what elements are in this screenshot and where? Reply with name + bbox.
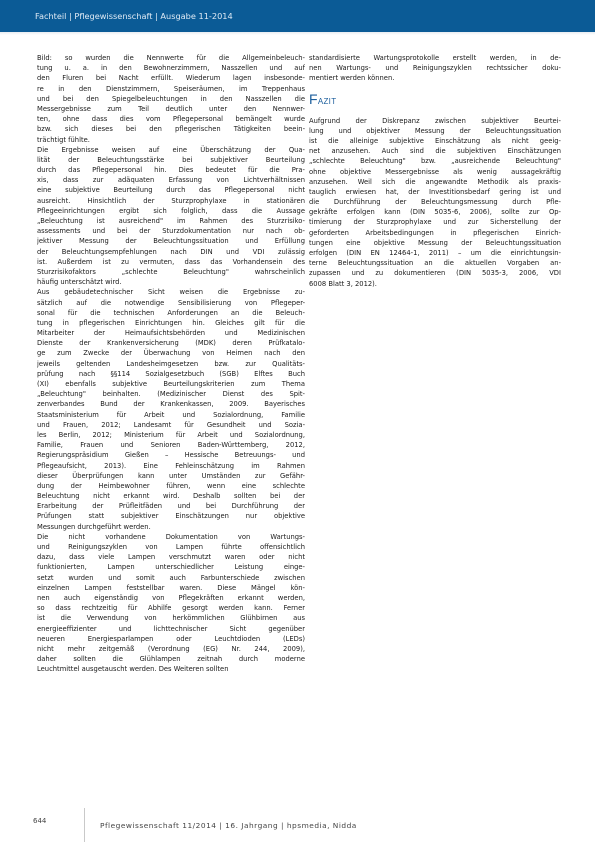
text-line: mentiert werden können. <box>309 73 561 83</box>
text-line: erfolgen (DIN EN 12464-1, 2011) – um die… <box>309 248 561 258</box>
section-heading-initial: F <box>309 91 318 107</box>
text-line: und Reinigungszyklen von Lampen führte o… <box>37 542 305 552</box>
text-line: (XI) ebenfalls subjektive Beurteilungskr… <box>37 379 305 389</box>
text-line: Erarbeitung der Prüfleitfäden und bei Du… <box>37 501 305 511</box>
text-line: timierung der Sturzprophylaxe und zur Si… <box>309 217 561 227</box>
text-line: Aufgrund der Diskrepanz zwischen subjekt… <box>309 116 561 126</box>
page-number: 644 <box>33 817 46 825</box>
text-line: re in den Dienstzimmern, Speiseräumen, i… <box>37 84 305 94</box>
text-line: dieser Überprüfungen kann unter Umstände… <box>37 471 305 481</box>
text-line: durch das Pflegepersonal hin. Dies bedeu… <box>37 165 305 175</box>
text-line: ist die alleinige subjektive Einschätzun… <box>309 136 561 146</box>
text-line: prüfung nach §§114 Sozialgesetzbuch (SGB… <box>37 369 305 379</box>
text-line: zenverbandes Bund der Krankenkassen, 200… <box>37 399 305 409</box>
text-line: dung der Heimbewohner führen, wenn eine … <box>37 481 305 491</box>
text-line: ist. Außerdem ist zu vermuten, dass das … <box>37 257 305 267</box>
text-line: neueren Energiesparlampen oder Leuchtdio… <box>37 634 305 644</box>
text-line: Die nicht vorhandene Dokumentation von W… <box>37 532 305 542</box>
text-line: xis, dass zur adäquaten Erfassung von Li… <box>37 175 305 185</box>
text-line: sätzlich auf die notwendige Sensibilisie… <box>37 298 305 308</box>
text-line: funktionierten, Lampen unterschiedlicher… <box>37 562 305 572</box>
header-divider <box>0 32 595 35</box>
text-line: jektiver Messung der Beleuchtungssituati… <box>37 236 305 246</box>
text-line: eine subjektive Beurteilung durch das Pf… <box>37 185 305 195</box>
text-line: zupassen und zu dokumentieren (DIN 5035-… <box>309 268 561 278</box>
text-line: net anzusehen. Auch sind die subjektiven… <box>309 146 561 156</box>
footer-divider <box>84 808 85 842</box>
text-line: standardisierte Wartungsprotokolle erste… <box>309 53 561 63</box>
text-line: Die Ergebnisse weisen auf eine Überschät… <box>37 145 305 155</box>
page-header-bar: Fachteil | Pflegewissenschaft | Ausgabe … <box>0 0 595 33</box>
text-line: lität der Beleuchtungsstärke bei subjekt… <box>37 155 305 165</box>
text-line: geforderten Arbeitsbedingungen in pflege… <box>309 228 561 238</box>
text-line: dazu, dass viele Lampen verschmutzt ware… <box>37 552 305 562</box>
text-line: ten, ohne dass dies vom Pflegepersonal b… <box>37 114 305 124</box>
text-line: Messergebnisse zum Teil deutlich unter d… <box>37 104 305 114</box>
text-line: gekräfte erfolgen kann (DIN 5035-6, 2006… <box>309 207 561 217</box>
text-line: setzt wurden und somit auch Farbuntersch… <box>37 573 305 583</box>
right-column-intro-paragraph: standardisierte Wartungsprotokolle erste… <box>309 53 561 84</box>
fazit-paragraph: Aufgrund der Diskrepanz zwischen subjekt… <box>309 116 561 289</box>
text-line: trächtigt fühlte. <box>37 135 305 145</box>
text-line: und Frauen, 2012; Landesamt für Gesundhe… <box>37 420 305 430</box>
text-line: häufig unterschätzt wird. <box>37 277 305 287</box>
text-line: Bild: so wurden die Nennwerte für die Al… <box>37 53 305 63</box>
section-heading-fazit: Fazit <box>309 94 561 112</box>
header-title: Fachteil | Pflegewissenschaft | Ausgabe … <box>35 11 233 21</box>
footer-citation: Pflegewissenschaft 11/2014 | 16. Jahrgan… <box>100 821 357 830</box>
text-line: der Beleuchtungsempfehlungen nach DIN un… <box>37 247 305 257</box>
text-line: sonal für die technischen Anforderungen … <box>37 308 305 318</box>
right-text-column: standardisierte Wartungsprotokolle erste… <box>309 53 561 289</box>
text-line: Aus gebäudetechnischer Sicht weisen die … <box>37 287 305 297</box>
text-line: Familie, Frauen und Senioren Baden-Württ… <box>37 440 305 450</box>
text-line: nicht mehr zeitgemäß (Verordnung (EG) Nr… <box>37 644 305 654</box>
text-line: energieeffizienter und lichttechnischer … <box>37 624 305 634</box>
text-line: „schlechte Beleuchtung" bzw. „ausreichen… <box>309 156 561 166</box>
text-line: die Durchführung der Beleuchtungsmessung… <box>309 197 561 207</box>
text-line: Sturzrisikofaktors „schlechte Beleuchtun… <box>37 267 305 277</box>
text-line: lung und objektiver Messung der Beleucht… <box>309 126 561 136</box>
text-line: tungen eine objektive Messung der Beleuc… <box>309 238 561 248</box>
text-line: so dass rechtzeitig für Abhilfe gesorgt … <box>37 603 305 613</box>
text-line: Mitarbeiter der Heimaufsichtsbehörden un… <box>37 328 305 338</box>
text-line: einzelnen Lampen feststellbar waren. Die… <box>37 583 305 593</box>
text-line: nen auch eigenständig von Pflegekräften … <box>37 593 305 603</box>
text-line: Pflegeeinrichtungen ergibt sich folglich… <box>37 206 305 216</box>
text-line: tauglich erwiesen hat, der Investitionsb… <box>309 187 561 197</box>
text-line: Regierungspräsidium Gießen – Hessische B… <box>37 450 305 460</box>
text-line: tung in pflegerischen Einrichtungen hin.… <box>37 318 305 328</box>
left-text-column: Bild: so wurden die Nennwerte für die Al… <box>37 53 305 674</box>
text-line: Beleuchtung nicht erkannt wird. Deshalb … <box>37 491 305 501</box>
text-line: les Berlin, 2012; Ministerium für Arbeit… <box>37 430 305 440</box>
text-line: Messungen durchgeführt werden. <box>37 522 305 532</box>
text-line: assessments und bei der Sturzdokumentati… <box>37 226 305 236</box>
text-line: Pflegeaufsicht, 2013). Eine Fehleinschät… <box>37 461 305 471</box>
text-line: ohne objektive Messergebnisse als wenig … <box>309 167 561 177</box>
text-line: Prüfungen statt subjektiver Einschätzung… <box>37 511 305 521</box>
text-line: jeweils geltenden Landesheimgesetzen bzw… <box>37 359 305 369</box>
text-line: Dienste der Krankenversicherung (MDK) de… <box>37 338 305 348</box>
text-line: terne Beleuchtungssituation an die aktue… <box>309 258 561 268</box>
text-line: 6008 Blatt 3, 2012). <box>309 279 561 289</box>
text-line: Leuchtmittel ausgetauscht werden. Des We… <box>37 664 305 674</box>
text-line: den Fluren bei Nacht erfüllt. Wiederum l… <box>37 73 305 83</box>
text-line: anzusehen. Weil sich die angewandte Meth… <box>309 177 561 187</box>
section-heading-rest: azit <box>318 95 337 107</box>
text-line: und bei den Spiegelbeleuchtungen in den … <box>37 94 305 104</box>
text-line: ist die Verwendung von herkömmlichen Glü… <box>37 613 305 623</box>
text-line: ge zum Zwecke der Überwachung von Heimen… <box>37 348 305 358</box>
text-line: bzw. sich dieses bei den pflegerischen T… <box>37 124 305 134</box>
text-line: „Beleuchtung ist ausreichend" im Rahmen … <box>37 216 305 226</box>
text-line: tung u. a. in den Bewohnerzimmern, Nassz… <box>37 63 305 73</box>
text-line: nen Wartungs- und Reinigungszyklen recht… <box>309 63 561 73</box>
text-line: „Beleuchtung" beinhalten. (Medizinischer… <box>37 389 305 399</box>
text-line: Staatsministerium für Arbeit und Sozialo… <box>37 410 305 420</box>
text-line: ausreicht. Hinsichtlich der Sturzprophyl… <box>37 196 305 206</box>
text-line: daher sollten die Glühlampen zeitnah dur… <box>37 654 305 664</box>
